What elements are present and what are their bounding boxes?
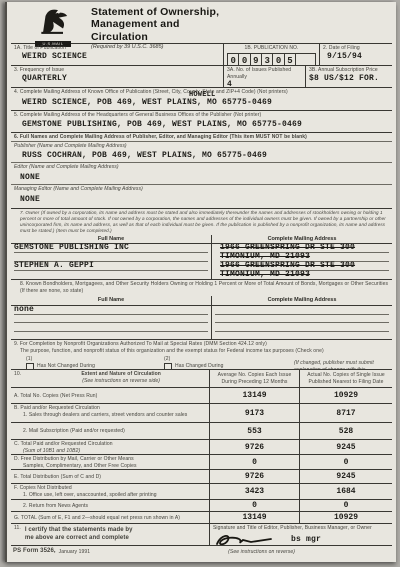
form-date: January 1991 (59, 549, 91, 556)
option1-label-line2: Preceding 12 Months (37, 369, 95, 370)
owner-address-line: 1966 GREENSPRING DR STE 300 (220, 244, 355, 252)
managing-editor-field: Managing Editor (Name and Complete Maili… (11, 185, 392, 209)
row-avg-value: 0 (252, 458, 257, 467)
circulation-row-f2: 2. Return from News Agents 0 0 (11, 500, 392, 512)
owner-address-column: 1966 GREENSPRING DR STE 300 TIMONIUM, MD… (211, 244, 392, 279)
publisher-field: Publisher (Name and Complete Mailing Add… (11, 142, 392, 163)
section-9-nonprofit: 9. For Completion by Nonprofit Organizat… (11, 340, 392, 370)
field-date-of-filing: 2. Date of Filing 9/15/94 (319, 44, 392, 65)
subscription-price-label: 3B. Annual Subscription Price (309, 67, 389, 74)
row-label: A. Total No. Copies (Net Press Run) (14, 393, 97, 400)
actual-copies-header: Actual No. Copies of Single Issue Publis… (300, 372, 392, 385)
issues-annually-value: 4 (227, 80, 302, 88)
circulation-row-b1: B. Paid and/or Requested Circulation1. S… (11, 404, 392, 423)
bondholders-address-column (211, 306, 392, 339)
form-number: PS Form 3526, (13, 548, 56, 556)
bondholders-names-column: none (11, 306, 211, 339)
hq-address-label: 5. Complete Mailing Address of the Headq… (14, 112, 389, 119)
date-of-filing-value: 9/15/94 (323, 52, 389, 61)
row-sublabel: 1. Office use, left over, unaccounted, s… (14, 492, 207, 499)
editor-value: NONE (14, 173, 389, 182)
bondholders-table-header: Full Name Complete Mailing Address (11, 296, 392, 306)
section-8-bondholders-text: 8. Known Bondholders, Mortgagees, and Ot… (11, 280, 392, 296)
row-label: E. Total Distribution (Sum of C and D) (14, 474, 101, 481)
row-avg-value: 13149 (242, 513, 266, 522)
section-4-office-address: 4. Complete Mailing Address of Known Off… (11, 88, 392, 111)
row-avg-value: 9173 (245, 409, 264, 418)
row-avg-value: 0 (252, 501, 257, 510)
row-1: 1A. Title of Publication WEIRD SCIENCE 1… (11, 44, 392, 66)
row-sublabel: 2. Mail Subscription (Paid and/or reques… (14, 428, 125, 435)
owner-name: STEPHEN A. GEPPI (14, 261, 94, 270)
owner-instructions: 7. Owner (If owned by a corporation, its… (14, 210, 389, 234)
nonprofit-note: (If changed, publisher must submit expla… (294, 356, 389, 370)
circulation-header-row: 10. Extent and Nature of Circulation (Se… (11, 370, 392, 388)
pubno-digit: 0 (227, 53, 238, 67)
editor-field: Editor (Name and Complete Mailing Addres… (11, 163, 392, 185)
circulation-row-d: D. Free Distribution by Mail, Carrier or… (11, 455, 392, 470)
issues-annually-label: 3A. No. of Issues Published Annually (227, 67, 302, 80)
publication-title-value: WEIRD SCIENCE (14, 52, 220, 61)
option2-label-line2: Preceding 12 Months (175, 369, 224, 370)
has-not-changed-checkbox[interactable] (26, 363, 34, 371)
signature-label: Signature and Title of Editor, Publisher… (213, 525, 389, 532)
row-avg-value: 9726 (245, 472, 264, 481)
bondholders-instructions: 8. Known Bondholders, Mortgagees, and Ot… (14, 281, 389, 294)
nonprofit-sublabel: The purpose, function, and nonprofit sta… (14, 348, 389, 355)
pubno-empty-box (295, 53, 316, 67)
usps-eagle-logo: U.S.MAIL (33, 6, 77, 47)
owner-name: GEMSTONE PUBLISHING INC (14, 244, 129, 252)
owner-address-line: TIMONIUM, MD 21093 (220, 270, 310, 279)
form-title-line1: Statement of Ownership, (91, 6, 219, 18)
form-title-line3: Circulation (91, 31, 219, 43)
row-avg-value: 553 (247, 427, 261, 436)
scanned-form-page: { "header": { "title_lines": ["Statement… (0, 0, 400, 567)
bondholders-none-value: none (14, 306, 34, 314)
section-6-heading: 6. Full Names and Complete Mailing Addre… (11, 133, 392, 142)
pubno-digit: 0 (272, 53, 283, 67)
field-publication-title: 1A. Title of Publication WEIRD SCIENCE (11, 44, 223, 65)
section-11-certification: 11. I certify that the statements made b… (11, 524, 392, 546)
owner-address-line: TIMONIUM, MD 21093 (220, 252, 310, 261)
pubno-digit: 5 (284, 53, 295, 67)
signature-icon (213, 533, 275, 547)
pubno-digit: 9 (250, 53, 261, 67)
field-issues-annually: 3A. No. of Issues Published Annually 4 (223, 66, 305, 87)
row-avg-value: 9726 (245, 443, 264, 452)
owner-names-column: GEMSTONE PUBLISHING INC STEPHEN A. GEPPI (11, 244, 211, 279)
form-title-line2: Management and (91, 18, 219, 30)
section-7-owner-text: 7. Owner (If owned by a corporation, its… (11, 209, 392, 235)
circulation-col0-subheader: (See instructions on reverse side) (35, 378, 207, 385)
owner-col-address: Complete Mailing Address (211, 235, 392, 243)
row-sublabel: 2. Return from News Agents (14, 503, 88, 510)
county-annotation: HOWELL (189, 91, 215, 99)
circulation-row-f1: F. Copies Not Distributed1. Office use, … (11, 484, 392, 500)
circulation-number: 10. (14, 371, 21, 387)
names-heading-label: 6. Full Names and Complete Mailing Addre… (14, 134, 389, 141)
managing-editor-label: Managing Editor (Name and Complete Maili… (14, 186, 389, 193)
has-changed-checkbox[interactable] (164, 363, 172, 371)
row-actual-value: 9245 (336, 443, 355, 452)
row-actual-value: 10929 (334, 391, 358, 400)
option-has-changed: (2) Has Changed During Preceding 12 Mont… (164, 356, 294, 370)
hq-address-value: GEMSTONE PUBLISHING, POB 469, WEST PLAIN… (14, 120, 389, 129)
bondholders-col-address: Complete Mailing Address (211, 296, 392, 305)
field-publication-no: 1B. PUBLICATION NO. 0 0 9 3 0 5 (223, 44, 319, 65)
row-label: G. TOTAL (Sum of E, F1 and 2—should equa… (14, 515, 180, 522)
row-actual-value: 1684 (336, 487, 355, 496)
row-sublabel: 1. Sales through dealers and carriers, s… (14, 412, 207, 419)
signature-title-value: bs mgr (291, 535, 321, 544)
certify-number: 11. (14, 525, 21, 544)
circulation-row-e: E. Total Distribution (Sum of C and D) 9… (11, 470, 392, 484)
owner-table-body: GEMSTONE PUBLISHING INC STEPHEN A. GEPPI… (11, 244, 392, 280)
circulation-row-a: A. Total No. Copies (Net Press Run) 1314… (11, 388, 392, 404)
bondholders-table-body: none (11, 306, 392, 340)
bondholders-col-fullname: Full Name (11, 296, 211, 305)
frequency-value: QUARTERLY (14, 74, 220, 83)
owner-col-fullname: Full Name (11, 235, 211, 243)
row-avg-value: 13149 (242, 391, 266, 400)
certify-statement: 11. I certify that the statements made b… (11, 524, 209, 545)
row-actual-value: 528 (339, 427, 353, 436)
owner-address-line: 1966 GREENSPRING DR STE 300 (220, 261, 355, 270)
circulation-row-b2: 2. Mail Subscription (Paid and/or reques… (11, 423, 392, 440)
row-actual-value: 9245 (336, 472, 355, 481)
editor-label: Editor (Name and Complete Mailing Addres… (14, 164, 389, 171)
row-sublabel: Samples, Complimentary, and Other Free C… (14, 463, 207, 470)
avg-copies-header: Average No. Copies Each Issue During Pre… (210, 372, 299, 385)
section-5-hq-address: 5. Complete Mailing Address of the Headq… (11, 111, 392, 133)
certify-text-line1: I certify that the statements made by (25, 527, 133, 535)
publication-no-label: 1B. PUBLICATION NO. (227, 45, 316, 52)
owner-table-header: Full Name Complete Mailing Address (11, 235, 392, 244)
subscription-price-value: $8 US/$12 FOR. (309, 74, 389, 83)
row-avg-value: 3423 (245, 487, 264, 496)
circulation-row-g: G. TOTAL (Sum of E, F1 and 2—should equa… (11, 512, 392, 524)
row-actual-value: 0 (344, 458, 349, 467)
option-has-not-changed: (1) Has Not Changed During Preceding 12 … (14, 356, 164, 370)
form-header: U.S.MAIL Statement of Ownership, Managem… (11, 2, 392, 44)
field-frequency: 3. Frequency of Issue QUARTERLY (11, 66, 223, 87)
field-subscription-price: 3B. Annual Subscription Price $8 US/$12 … (305, 66, 392, 87)
row-2: 3. Frequency of Issue QUARTERLY 3A. No. … (11, 66, 392, 88)
row-actual-value: 8717 (336, 409, 355, 418)
pubno-digit: 3 (261, 53, 272, 67)
form-sheet: U.S.MAIL Statement of Ownership, Managem… (5, 2, 396, 562)
publication-no-boxes: 0 0 9 3 0 5 (227, 53, 316, 67)
eagle-icon (33, 6, 73, 36)
row-sublabel: (Sum of 10B1 and 10B2) (14, 448, 207, 455)
publisher-value: RUSS COCHRAN, POB 469, WEST PLAINS, MO 6… (14, 151, 389, 160)
row-actual-value: 10929 (334, 513, 358, 522)
form-footer: PS Form 3526, January 1991 (See instruct… (11, 546, 392, 556)
pubno-digit: 0 (238, 53, 249, 67)
signature-block: Signature and Title of Editor, Publisher… (209, 524, 392, 545)
row-actual-value: 0 (344, 501, 349, 510)
circulation-row-c: C. Total Paid and/or Requested Circulati… (11, 440, 392, 455)
certify-text-line2: me above are correct and complete (25, 535, 133, 543)
publisher-label: Publisher (Name and Complete Mailing Add… (14, 143, 389, 150)
managing-editor-value: NONE (14, 195, 389, 204)
see-instructions-note: (See instructions on reverse) (228, 549, 295, 556)
